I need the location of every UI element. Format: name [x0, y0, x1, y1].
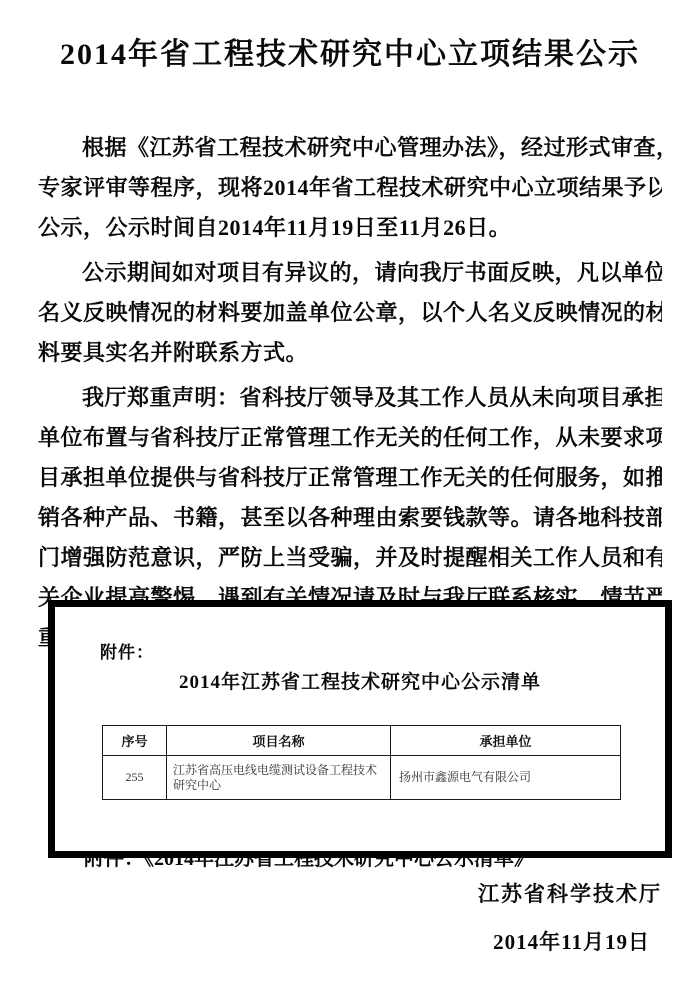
paragraph-2: 公示期间如对项目有异议的，请向我厅书面反映，凡以单位 名义反映情况的材料要加盖单… [38, 253, 662, 373]
body-line: 专家评审等程序，现将2014年省工程技术研究中心立项结果予以 [38, 168, 662, 208]
table-cell-project-name: 江苏省高压电线电缆测试设备工程技术研究中心 [167, 756, 391, 800]
table-row: 255 江苏省高压电线电缆测试设备工程技术研究中心 扬州市鑫源电气有限公司 [103, 756, 621, 800]
body-line: 目承担单位提供与省科技厅正常管理工作无关的任何服务，如推 [38, 458, 662, 498]
table-cell-undertaking-unit: 扬州市鑫源电气有限公司 [391, 756, 621, 800]
body-line: 料要具实名并附联系方式。 [38, 333, 662, 373]
body-line: 单位布置与省科技厅正常管理工作无关的任何工作，从未要求项 [38, 418, 662, 458]
table-header-row: 序号 项目名称 承担单位 [103, 726, 621, 756]
body-line: 销各种产品、书籍，甚至以各种理由索要钱款等。请各地科技部 [38, 498, 662, 538]
table-header-undertaking-unit: 承担单位 [391, 726, 621, 756]
table-cell-number: 255 [103, 756, 167, 800]
body-line: 根据《江苏省工程技术研究中心管理办法》，经过形式审查， [38, 128, 662, 168]
attachment-label: 附件： [100, 638, 154, 663]
signature-date: 2014年11月19日 [493, 926, 650, 956]
attachment-popup-box: 附件： 2014年江苏省工程技术研究中心公示清单 序号 项目名称 承担单位 25… [48, 600, 672, 858]
table-header-project-name: 项目名称 [167, 726, 391, 756]
body-line: 公示，公示时间自2014年11月19日至11月26日。 [38, 208, 662, 248]
project-table: 序号 项目名称 承担单位 255 江苏省高压电线电缆测试设备工程技术研究中心 扬… [102, 725, 621, 800]
attachment-list-title: 2014年江苏省工程技术研究中心公示清单 [55, 667, 665, 694]
signature-organization: 江苏省科学技术厅 [478, 878, 662, 908]
document-page: 2014年省工程技术研究中心立项结果公示 根据《江苏省工程技术研究中心管理办法》… [0, 0, 700, 997]
body-line: 门增强防范意识，严防上当受骗，并及时提醒相关工作人员和有 [38, 538, 662, 578]
body-line: 名义反映情况的材料要加盖单位公章，以个人名义反映情况的材 [38, 293, 662, 333]
document-title: 2014年省工程技术研究中心立项结果公示 [0, 36, 700, 74]
table-header-number: 序号 [103, 726, 167, 756]
body-line: 我厅郑重声明：省科技厅领导及其工作人员从未向项目承担 [38, 378, 662, 418]
body-line: 公示期间如对项目有异议的，请向我厅书面反映，凡以单位 [38, 253, 662, 293]
paragraph-1: 根据《江苏省工程技术研究中心管理办法》，经过形式审查， 专家评审等程序，现将20… [38, 128, 662, 248]
